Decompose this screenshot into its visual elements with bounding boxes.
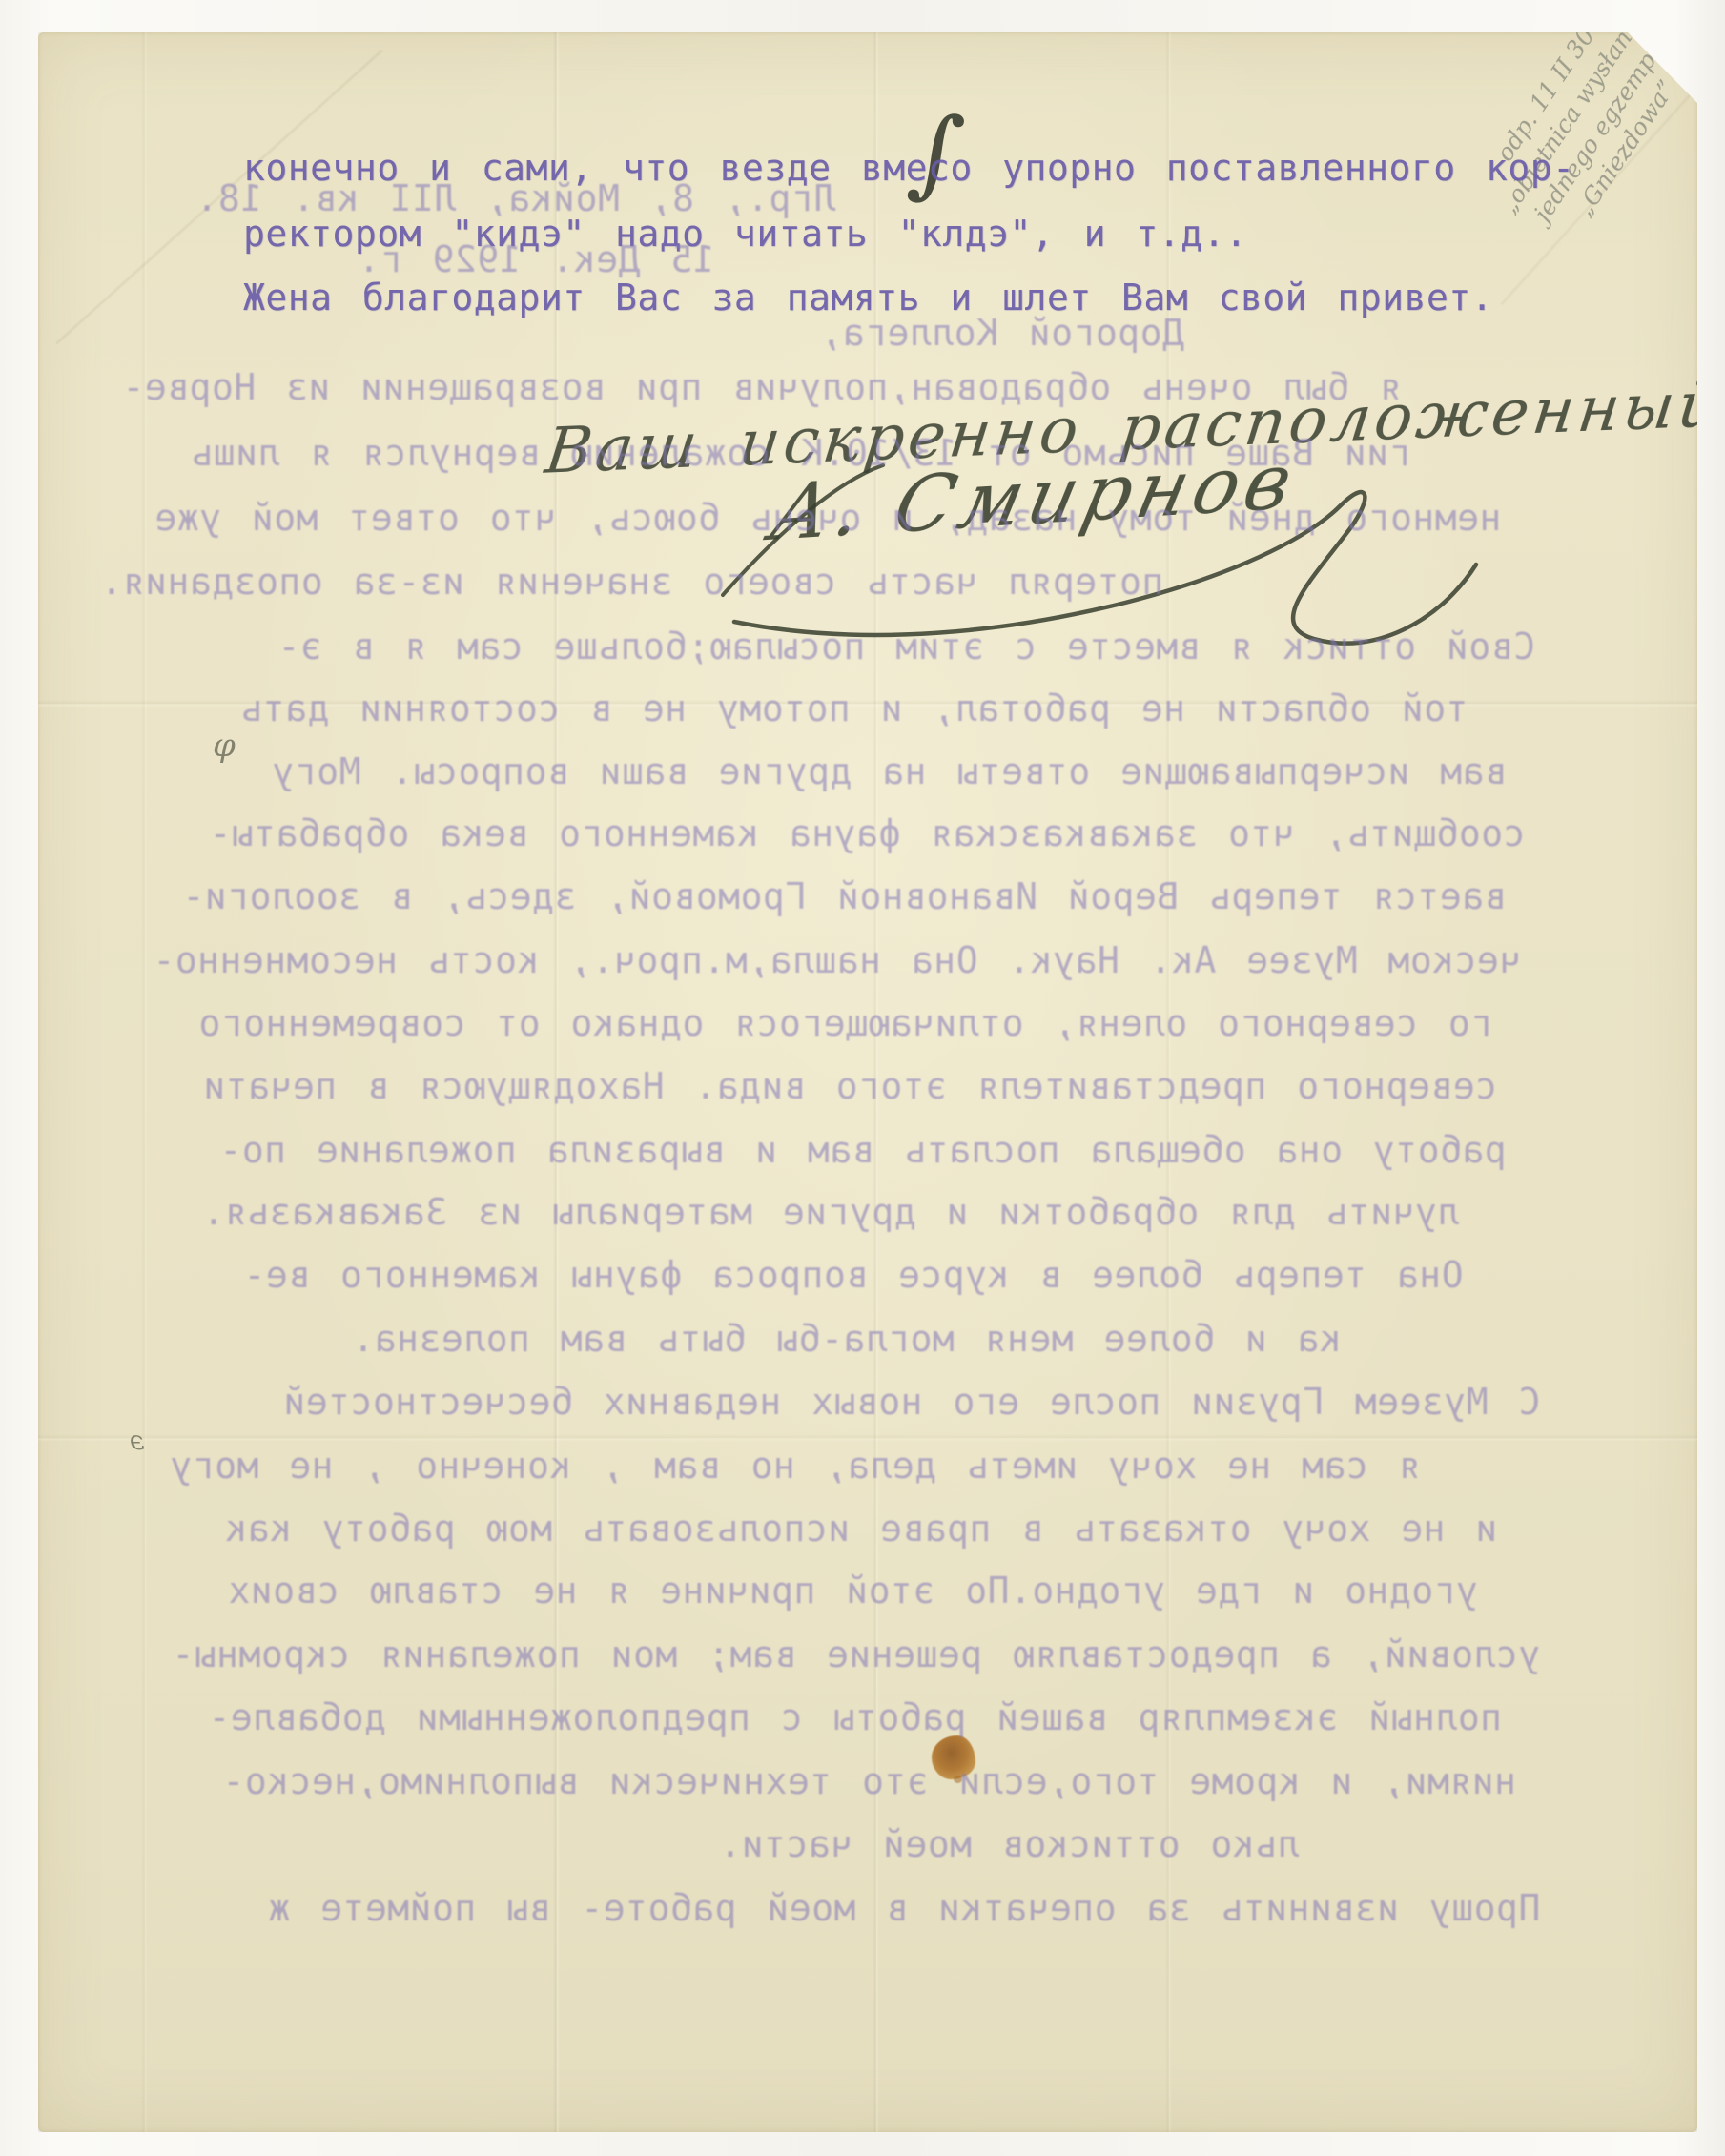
bleedthrough-line: ческом Музее Ак. Наук. Она нашла,м.проч.…	[153, 940, 1521, 982]
bleedthrough-line: я был очень обрадован,получив при возвра…	[122, 367, 1402, 409]
bleedthrough-line: лько оттисков моей части.	[719, 1824, 1299, 1866]
bleedthrough-line: полный экземпляр вашей работы с предполо…	[208, 1697, 1502, 1739]
bleedthrough-line: угодно и где угодно.По этой причине я не…	[228, 1571, 1478, 1612]
bleedthrough-line: условий, а предоставляю решение вам; мои…	[172, 1634, 1540, 1676]
bleedthrough-line: вается теперь Верой Ивановной Громовой, …	[182, 876, 1507, 918]
bleedthrough-line: Прошу извинить за опечатки в моей работе…	[268, 1888, 1540, 1930]
ink-stray-mark: φ	[213, 727, 236, 765]
bleedthrough-line: Она теперь более в курсе вопроса фауны к…	[243, 1255, 1464, 1297]
bleedthrough-line: С Музеем Грузии после его новых недавних…	[283, 1382, 1540, 1424]
bleedthrough-line: потерял часть своего значения из-за опоз…	[100, 562, 1163, 604]
crease-line	[141, 32, 148, 2132]
bleedthrough-line: я сам не хочу иметь дела, но вам , конеч…	[170, 1446, 1421, 1488]
bleedthrough-line: той области не работал, и потому не в со…	[240, 688, 1468, 730]
bleedthrough-line: сообщить, что закавказская фауна каменно…	[209, 813, 1526, 855]
bleedthrough-line: 15 Дек. 1929 г.	[358, 239, 715, 281]
crease-line	[38, 1434, 1697, 1442]
bleedthrough-line: го северного оленя, отличающегося однако…	[198, 1003, 1492, 1045]
bleedthrough-line: Лгр., 8, Мойка, ЛII кв. 18.	[195, 178, 835, 220]
bleedthrough-line: и не хочу отказать в праве использовать …	[225, 1509, 1497, 1550]
bleedthrough-line: северного представителя этого вида. Нахо…	[203, 1066, 1497, 1108]
bleedthrough-line: вам исчерпывающие ответы на другие ваши …	[272, 751, 1507, 793]
scanned-letter-page: Ваш искренно расположенный А. Смирнов ∫ …	[0, 0, 1725, 2156]
pencil-note: odp. 11 II 30„obietnica wysłaniajednego …	[1466, 0, 1706, 257]
bleedthrough-line: гии Ваше письмо от 13/10.К сожалению вер…	[191, 433, 1411, 475]
bleedthrough-line: Дорогой Коллега,	[820, 313, 1184, 355]
bleedthrough-line: работу она обещала послать вам и выразил…	[219, 1130, 1507, 1172]
bleedthrough-line: Свой оттиск я вместе с этим посылаю;боль…	[277, 626, 1535, 668]
bleedthrough-line: ниями, и кроме того,если это технически …	[222, 1761, 1516, 1803]
bleedthrough-line: лучить для обработки и другие материалы …	[202, 1192, 1459, 1234]
ink-stray-mark: э	[130, 1425, 145, 1456]
bleedthrough-line: ка и более меня могла-бы быть вам полезн…	[352, 1319, 1342, 1361]
bleedthrough-line: немного дней тому назад, и очень боюсь, …	[154, 498, 1502, 540]
paper: Ваш искренно расположенный А. Смирнов ∫ …	[38, 32, 1697, 2132]
